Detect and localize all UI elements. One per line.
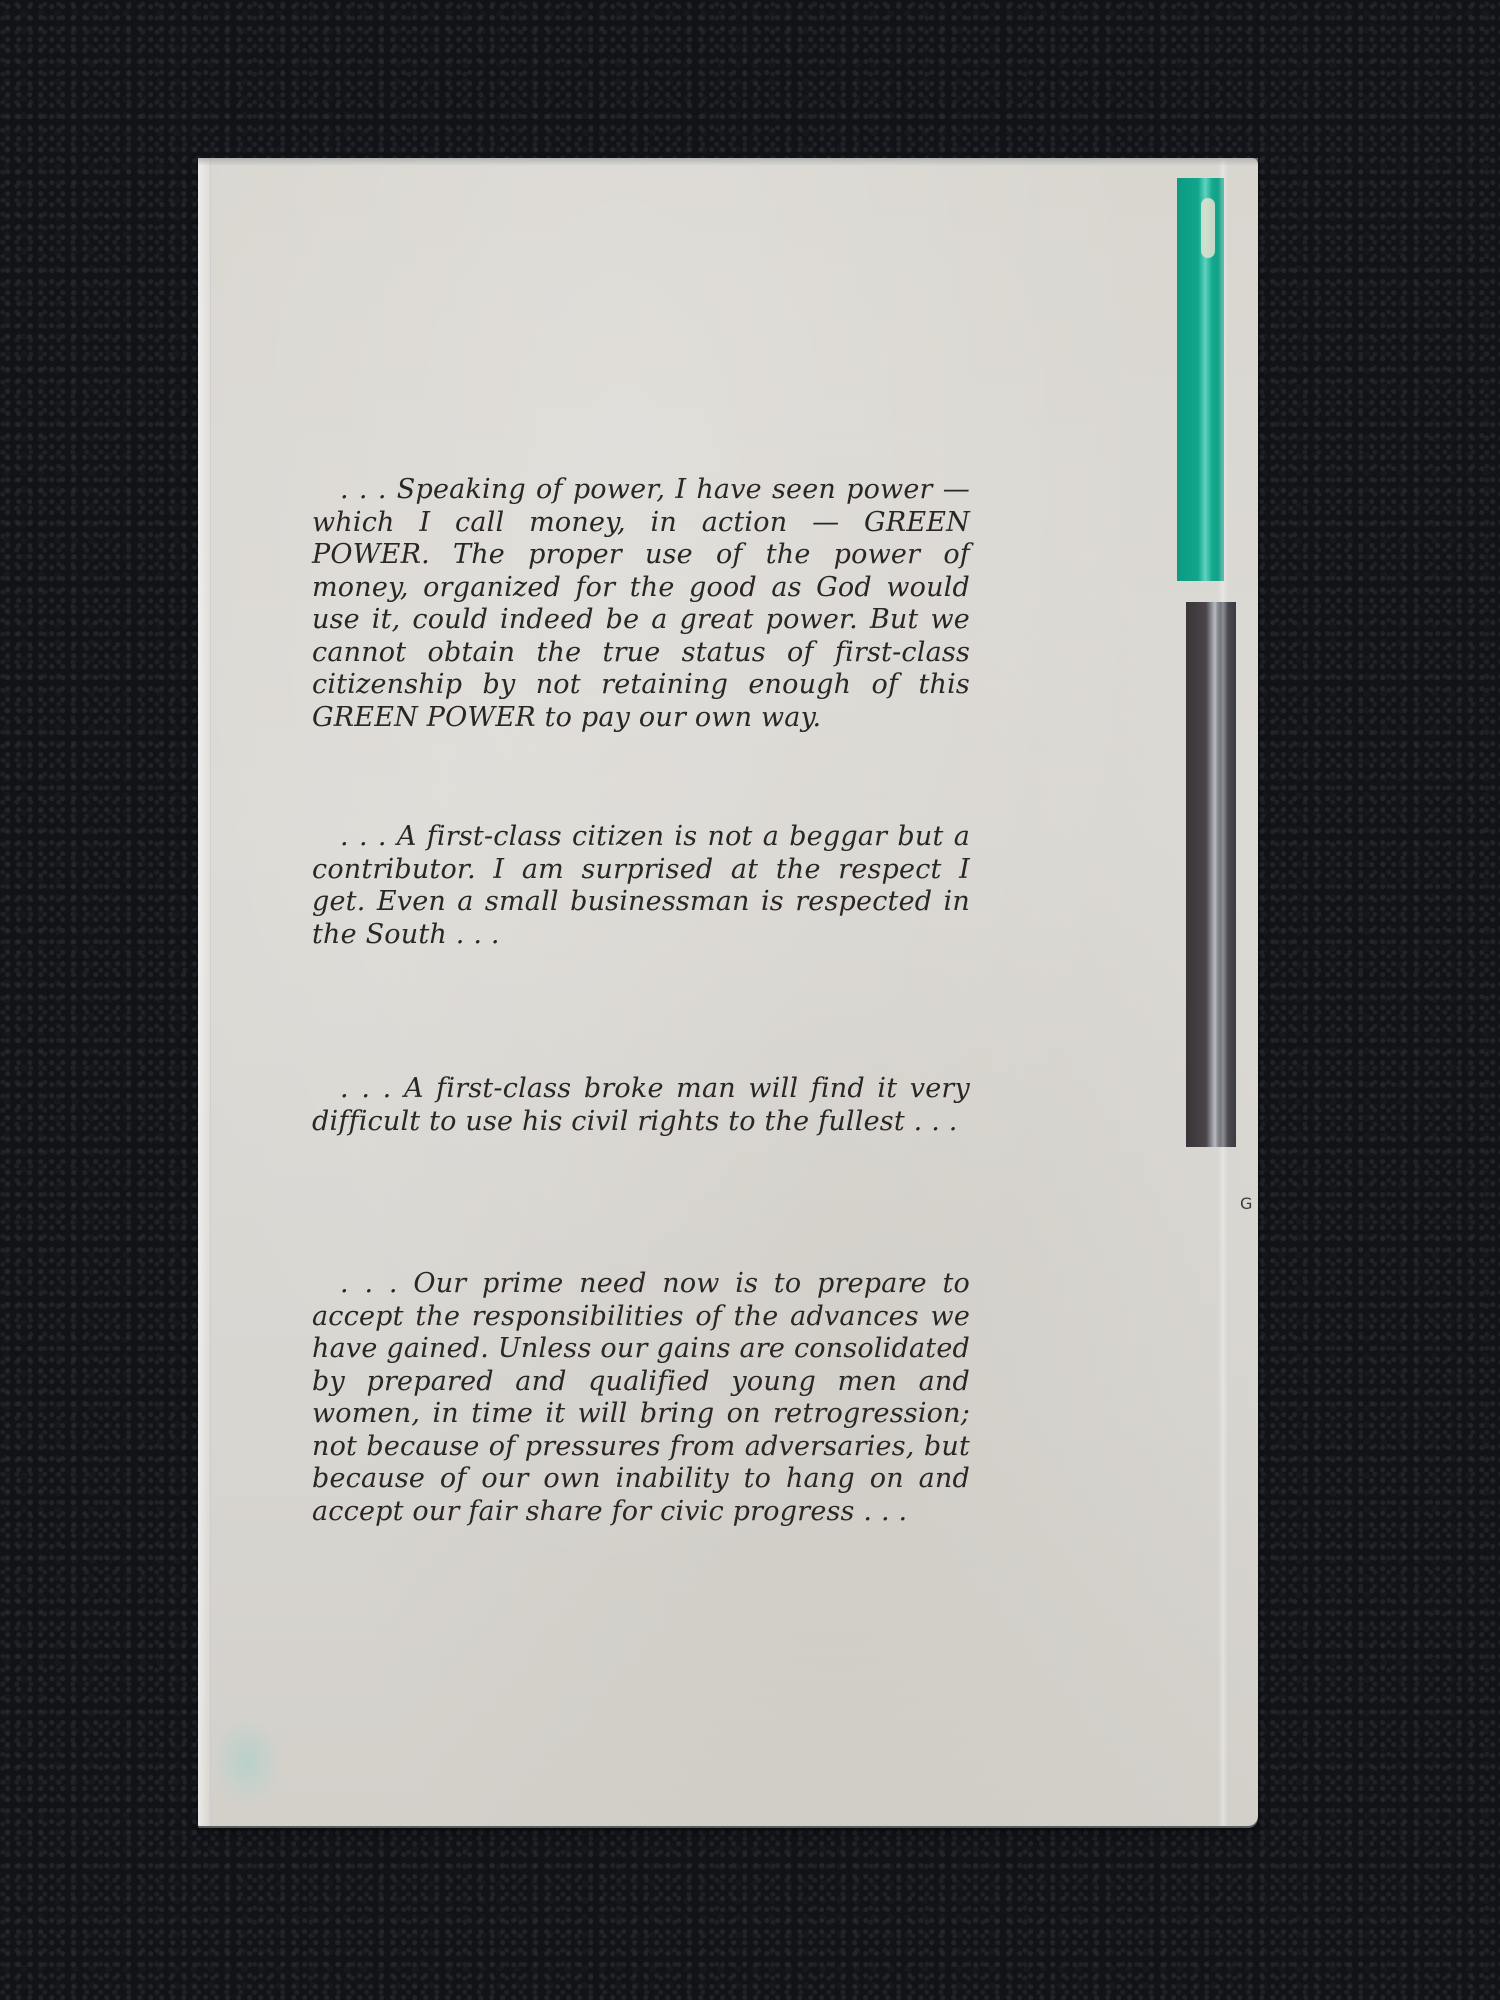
quote-green-power: . . . Speaking of power, I have seen pow… (312, 474, 970, 734)
cover-gloss-highlight (1218, 158, 1228, 1826)
stain-mark (212, 1716, 282, 1806)
spine-wear-mark (1201, 198, 1215, 258)
quote-text: . . . Speaking of power, I have seen pow… (312, 474, 970, 733)
quote-text: . . . A first-class citizen is not a beg… (312, 821, 970, 950)
book-back-cover: . . . Speaking of power, I have seen pow… (198, 158, 1258, 1826)
quote-prime-need: . . . Our prime need now is to prepare t… (312, 1268, 970, 1528)
quote-first-class-citizen: . . . A first-class citizen is not a beg… (312, 821, 970, 951)
quote-broke-man: . . . A first-class broke man will find … (312, 1073, 970, 1138)
quote-text: . . . A first-class broke man will find … (312, 1073, 970, 1137)
quote-text: . . . Our prime need now is to prepare t… (312, 1268, 970, 1527)
spine-letter: G (1240, 1194, 1252, 1213)
spine-green-band (1177, 178, 1224, 581)
spine-dark-band (1186, 602, 1236, 1147)
